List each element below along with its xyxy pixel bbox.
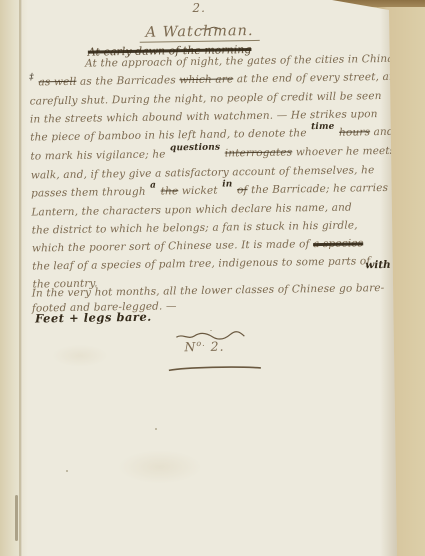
correction-note: Feet + legs bare. [35, 310, 152, 326]
inserted-word: in [222, 179, 232, 189]
manuscript-photo: 2. A Watchman. At early dawn of the morn… [0, 0, 425, 556]
inserted-word: a [150, 181, 156, 191]
page-title: A Watchman. [23, 21, 375, 43]
underline-flourish-icon [167, 357, 263, 378]
manuscript-page: 2. A Watchman. At early dawn of the morn… [0, 0, 400, 556]
inserted-word: time [311, 122, 335, 132]
line-text: whoever he meets in his [296, 144, 400, 158]
paragraph-1: At the approach of night, the gates of t… [24, 50, 400, 294]
inserted-word: questions [170, 143, 220, 154]
deletion-mark-icon: ‡ [29, 72, 34, 82]
line-text: which the poorer sort of Chinese use. It… [32, 238, 310, 254]
line-text: wicket [182, 185, 218, 198]
line-text: at the end of every street, are [237, 71, 400, 86]
line-text: the piece of bamboo in his left hand, to… [30, 127, 307, 143]
struck-text: interrogates [225, 146, 293, 159]
binding-crease [19, 0, 22, 556]
handwriting-layer: 2. A Watchman. At early dawn of the morn… [23, 0, 400, 556]
footer-number: No. 2. [28, 336, 380, 357]
page-number: 2. [23, 0, 375, 18]
line-text: the Barricade; he carries a [251, 182, 398, 196]
footer-number-text: 2. [206, 339, 225, 354]
line-text: passes them through [31, 186, 146, 200]
struck-text: a species [313, 237, 363, 250]
line-text: as the Barricades [80, 74, 176, 88]
struck-text: of [237, 184, 248, 196]
line-text: to mark his vigilance; he [30, 148, 165, 162]
struck-text: as well [38, 76, 76, 89]
footer-number-sup: o. [196, 339, 205, 348]
struck-text: which are [179, 73, 233, 86]
binding-fold-mark [15, 495, 18, 541]
struck-text: the [161, 185, 179, 197]
footer-number-text: N [184, 339, 196, 354]
struck-text: hours [339, 126, 370, 138]
